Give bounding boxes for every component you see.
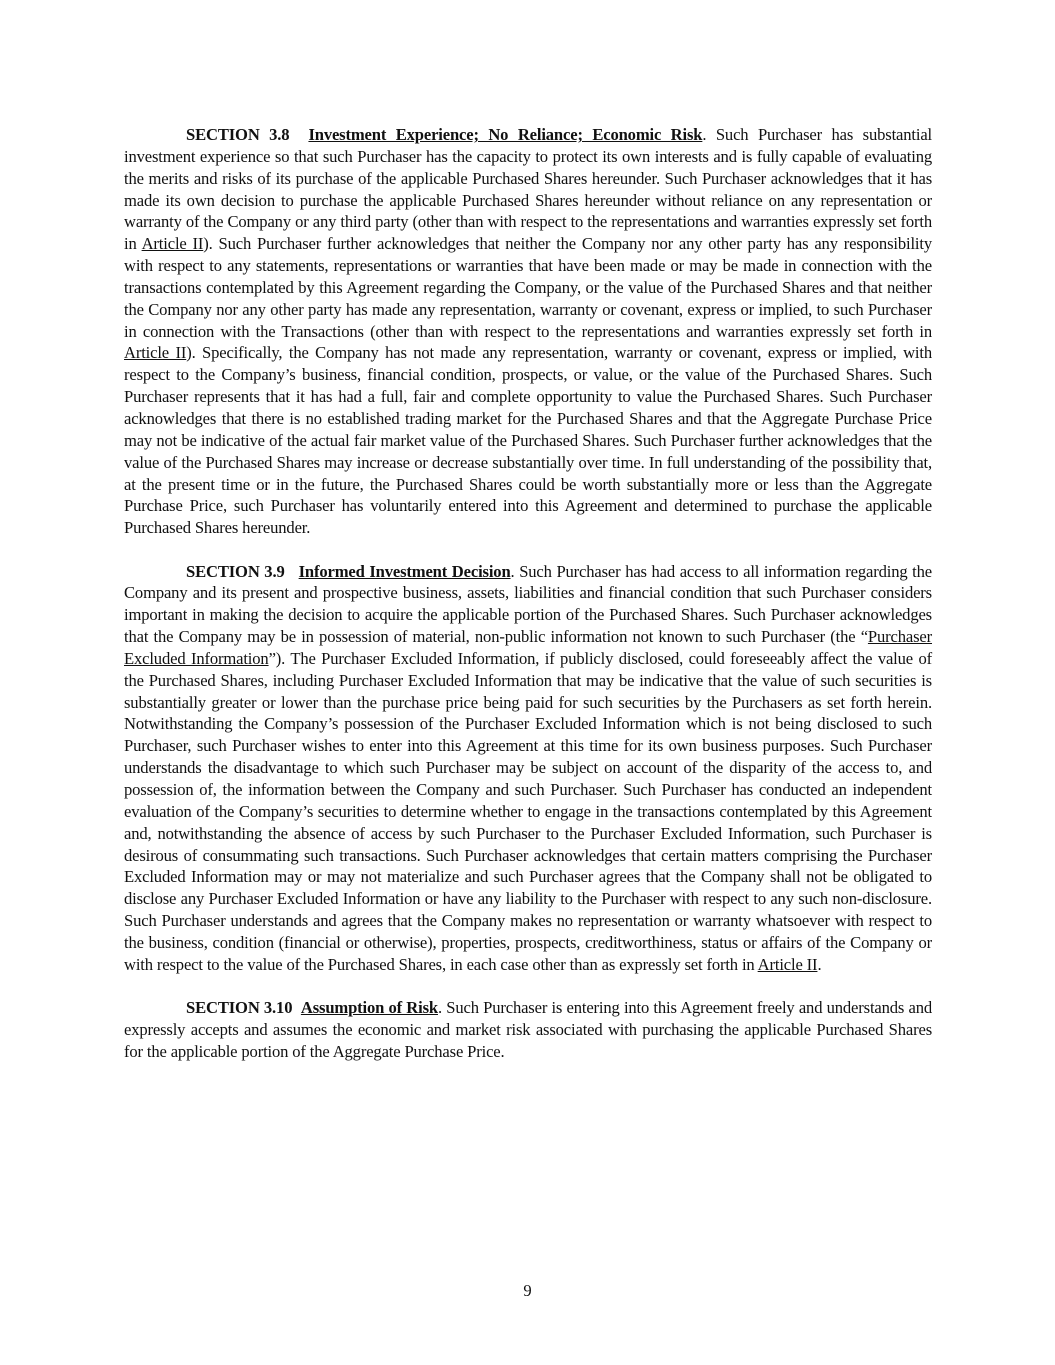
section-number: SECTION 3.10	[186, 998, 292, 1017]
section-number: SECTION 3.9	[186, 562, 285, 581]
section-body-text: ). Such Purchaser further acknowledges t…	[124, 234, 932, 340]
section-title: Assumption of Risk	[301, 998, 438, 1017]
section-title: Investment Experience; No Reliance; Econ…	[308, 125, 702, 144]
page-number: 9	[0, 1281, 1055, 1301]
article-ii-reference: Article II	[758, 955, 818, 974]
article-ii-reference: Article II	[124, 343, 186, 362]
section-title: Informed Investment Decision	[299, 562, 511, 581]
section-body-text: ”). The Purchaser Excluded Information, …	[124, 649, 932, 974]
section-3-10-paragraph: SECTION 3.10 Assumption of Risk. Such Pu…	[124, 997, 932, 1063]
document-page: SECTION 3.8 Investment Experience; No Re…	[124, 124, 932, 1084]
article-ii-reference: Article II	[142, 234, 204, 253]
section-3-9-paragraph: SECTION 3.9 Informed Investment Decision…	[124, 561, 932, 976]
section-body-text: ). Specifically, the Company has not mad…	[124, 343, 932, 537]
section-3-8-paragraph: SECTION 3.8 Investment Experience; No Re…	[124, 124, 932, 539]
section-body-text: .	[817, 955, 821, 974]
section-number: SECTION 3.8	[186, 125, 289, 144]
